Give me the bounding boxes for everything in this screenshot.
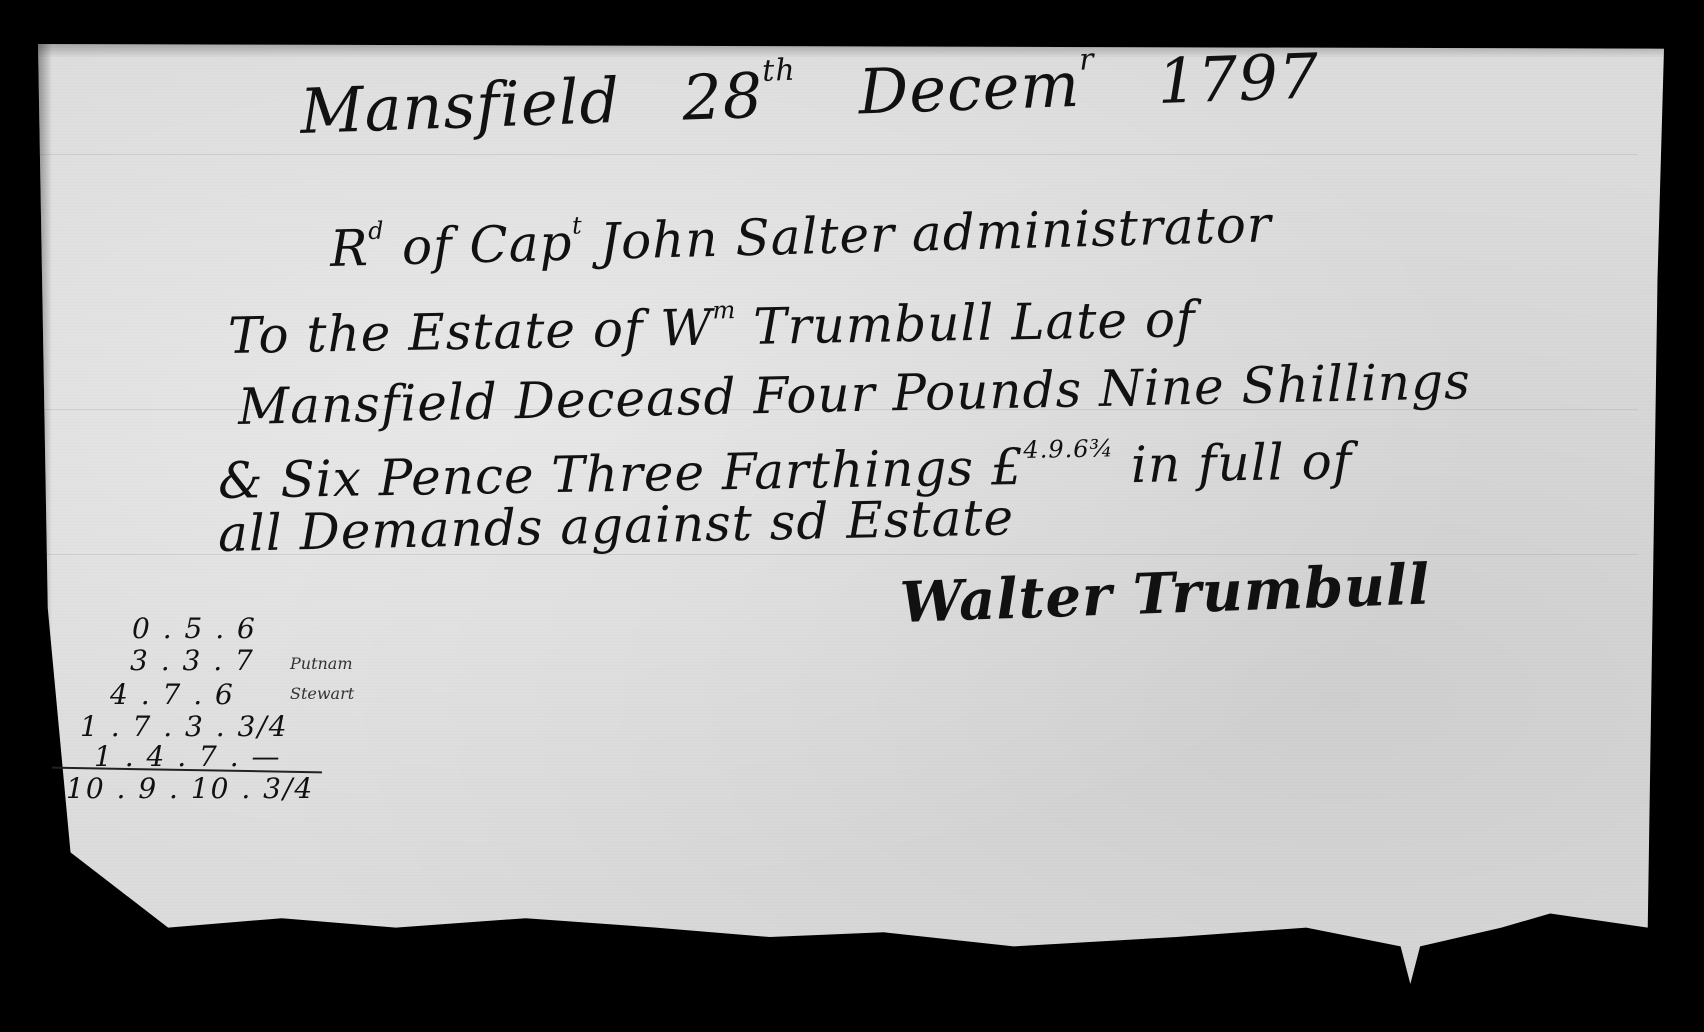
account-row: 1 . 7 . 3 . 3/4 <box>80 710 289 743</box>
text-superscript: d <box>368 217 385 245</box>
account-row: 3 . 3 . 7 <box>130 644 255 677</box>
accounts-tally: 0 . 5 . 6 3 . 3 . 7 Putnam 4 . 7 . 6 Ste… <box>58 612 378 812</box>
account-row: 4 . 7 . 6 <box>110 678 235 711</box>
account-row: 0 . 5 . 6 <box>132 612 257 645</box>
ruled-line <box>38 154 1638 155</box>
text: R <box>329 219 369 278</box>
text: Trumbull Late of <box>736 290 1196 356</box>
account-note: Stewart <box>290 684 354 703</box>
year: 1797 <box>1156 39 1320 118</box>
account-total: 10 . 9 . 10 . 3/4 <box>66 772 314 805</box>
interlined-amount: 4.9.6¾ <box>1023 434 1114 464</box>
text-superscript: m <box>712 296 736 324</box>
text: To the Estate of W <box>228 299 714 365</box>
text: in full of <box>1114 432 1353 494</box>
place-name: Mansfield <box>299 64 622 148</box>
month: Decem <box>857 48 1081 129</box>
scanned-image: Mansfield 28th Decemr 1797 Rd of Capt Jo… <box>0 0 1704 1032</box>
text: of Cap <box>384 214 573 277</box>
day-suffix: th <box>762 53 797 89</box>
month-suffix: r <box>1079 42 1096 78</box>
account-note: Putnam <box>290 654 353 673</box>
day: 28 <box>681 59 764 135</box>
